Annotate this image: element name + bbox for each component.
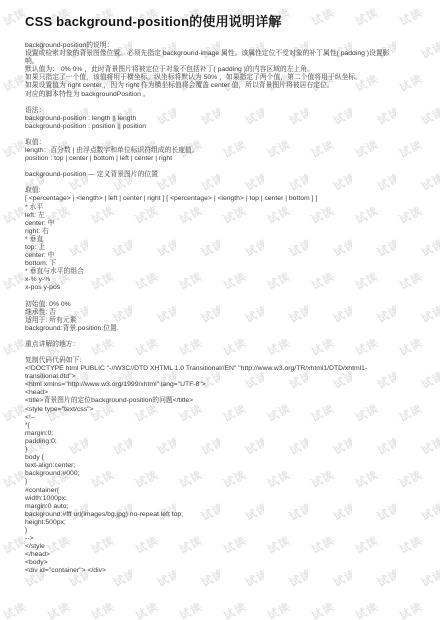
text-line: <body> bbox=[25, 559, 422, 567]
text-line: 如果设置值为 right center ，因为 right 作为横坐标值将会覆盖… bbox=[25, 82, 422, 90]
text-line: background:#000; bbox=[25, 470, 422, 478]
text-line: right: 右 bbox=[25, 228, 422, 236]
text-line: 设置或检索对象的背景图像位置。必须先指定 background-image 属性… bbox=[25, 50, 422, 58]
text-line: * 垂直与水平的组合 bbox=[25, 268, 422, 276]
text-line: 继承性: 否 bbox=[25, 309, 422, 317]
text-line: <!-- bbox=[25, 414, 422, 422]
text-line: position : top | center | bottom | left … bbox=[25, 155, 422, 163]
text-line: margin:0; bbox=[25, 430, 422, 438]
document-preview-page: 试读 试读 CSS background-position的使用说明详解 bac… bbox=[0, 0, 440, 620]
text-line: background-position : length || length bbox=[25, 115, 422, 123]
text-line: length：百分数 | 由浮点数字和单位标识符组成的长度值。 bbox=[25, 147, 422, 155]
paragraph-emphasis: 重点讲解的地方： bbox=[25, 341, 422, 349]
paragraph-values: 取值：length：百分数 | 由浮点数字和单位标识符组成的长度值。positi… bbox=[25, 139, 422, 163]
text-line: x-pos y-pos bbox=[25, 284, 422, 292]
paragraph-intro: background-position的说明：设置或检索对象的背景图像位置。必须… bbox=[25, 42, 422, 99]
text-line: padding:0; bbox=[25, 438, 422, 446]
text-line: transitional.dtd"> bbox=[25, 373, 422, 381]
text-line: 初始值: 0% 0% bbox=[25, 301, 422, 309]
text-line: top: 上 bbox=[25, 244, 422, 252]
text-line: } bbox=[25, 478, 422, 486]
paragraph-syntax: 语法：background-position : length || lengt… bbox=[25, 107, 422, 131]
text-line: *{ bbox=[25, 422, 422, 430]
text-line: 取值： bbox=[25, 139, 422, 147]
text-line: center: 中 bbox=[25, 252, 422, 260]
text-line: * 垂直 bbox=[25, 236, 422, 244]
text-line: </head> bbox=[25, 551, 422, 559]
paragraph-value-detail: 取值:[ <percentage> | <length> | left | ce… bbox=[25, 187, 422, 292]
text-line: background-position — 定义背景图片的位置 bbox=[25, 171, 422, 179]
text-line: <!DOCTYPE html PUBLIC "-//W3C//DTD XHTML… bbox=[25, 365, 422, 373]
paragraph-properties: 初始值: 0% 0%继承性: 否适用于: 所有元素background:背景.p… bbox=[25, 301, 422, 333]
text-line: bottom: 下 bbox=[25, 260, 422, 268]
text-line: margin:0 auto; bbox=[25, 503, 422, 511]
text-line: } bbox=[25, 527, 422, 535]
text-line: left: 左 bbox=[25, 212, 422, 220]
article-body: background-position的说明：设置或检索对象的背景图像位置。必须… bbox=[25, 42, 422, 576]
text-line: 复制代码代码如下: bbox=[25, 357, 422, 365]
text-line: --> bbox=[25, 535, 422, 543]
text-line: [ <percentage> | <length> | left | cente… bbox=[25, 195, 422, 203]
text-line: 对应的脚本特性为 backgroundPosition 。 bbox=[25, 91, 422, 99]
paragraph-code: 复制代码代码如下:<!DOCTYPE html PUBLIC "-//W3C//… bbox=[25, 357, 422, 576]
text-line: center: 中 bbox=[25, 220, 422, 228]
text-line: background:背景.position:位置. bbox=[25, 325, 422, 333]
text-line: 适用于: 所有元素 bbox=[25, 317, 422, 325]
text-line: 重点讲解的地方： bbox=[25, 341, 422, 349]
text-line: x-% y-% bbox=[25, 276, 422, 284]
text-line: <style type="text/css"> bbox=[25, 406, 422, 414]
text-line: background-position : position || positi… bbox=[25, 123, 422, 131]
page-title: CSS background-position的使用说明详解 bbox=[25, 14, 422, 29]
text-line: <html xmlns="http://www.w3.org/1999/xhtm… bbox=[25, 381, 422, 389]
text-line: </style bbox=[25, 543, 422, 551]
text-line: } bbox=[25, 446, 422, 454]
text-line: body { bbox=[25, 454, 422, 462]
text-line: 取值: bbox=[25, 187, 422, 195]
text-line: * 水平 bbox=[25, 204, 422, 212]
paragraph-definition: background-position — 定义背景图片的位置 bbox=[25, 171, 422, 179]
text-line: <div id="container"> </div> bbox=[25, 567, 422, 575]
text-line: background-position的说明： bbox=[25, 42, 422, 50]
text-line: 语法： bbox=[25, 107, 422, 115]
text-line: text-align:center; bbox=[25, 462, 422, 470]
text-line: height:500px; bbox=[25, 519, 422, 527]
text-line: #container{ bbox=[25, 487, 422, 495]
text-line: background:#fff url(images/bg.jpg) no-re… bbox=[25, 511, 422, 519]
text-line: <title>背景图片的定位background-position的问题</ti… bbox=[25, 397, 422, 405]
text-line: width:1000px; bbox=[25, 495, 422, 503]
article-content: CSS background-position的使用说明详解 backgroun… bbox=[0, 0, 440, 576]
